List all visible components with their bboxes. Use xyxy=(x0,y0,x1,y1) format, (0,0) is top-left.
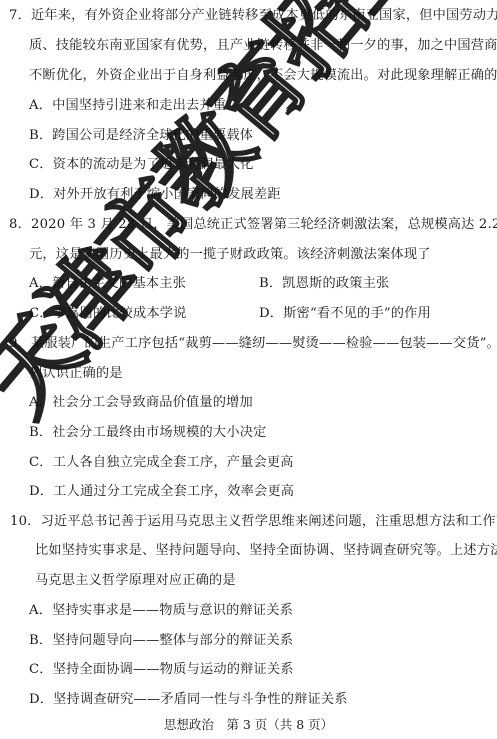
option-letter: A． xyxy=(29,276,52,292)
question-9-option-a: A．社会分工会导致商品价值量的增加 xyxy=(29,395,253,411)
option-letter: C． xyxy=(29,455,53,471)
option-letter: D． xyxy=(29,692,53,708)
question-10-option-b: B．坚持问题导向——整体与部分的辩证关系 xyxy=(29,633,293,649)
option-text: 坚持调查研究——矛盾同一性与斗争性的辩证关系 xyxy=(53,692,348,707)
option-letter: B． xyxy=(29,633,52,649)
question-7-option-c: C．资本的流动是为了追求利润最大化 xyxy=(29,157,254,173)
question-8-option-b: B．凯恩斯的政策主张 xyxy=(259,276,389,292)
option-text: 社会分工会导致商品价值量的增加 xyxy=(52,395,253,410)
question-number: 10． xyxy=(10,514,41,530)
option-letter: A． xyxy=(29,395,52,411)
question-8-option-c: C．李嘉图的比较成本学说 xyxy=(29,306,187,322)
question-7-option-a: A．中国坚持引进来和走出去并重 xyxy=(29,98,226,114)
question-7-option-b: B．跨国公司是经济全球化的重要载体 xyxy=(29,128,253,144)
page-footer: 思想政治 第 3 页（共 8 页） xyxy=(0,717,497,733)
question-8-option-a: A．新自由主义的基本主张 xyxy=(29,276,186,292)
option-letter: D． xyxy=(259,306,283,322)
exam-page: 7．近年来，有外资企业将部分产业链转移至成本更低的东南亚国家，但中国劳动力的素 … xyxy=(0,0,497,739)
question-10-option-a: A．坚持实事求是——物质与意识的辩证关系 xyxy=(29,603,293,619)
stem-text: 习近平总书记善于运用马克思主义哲学思维来阐述问题，注重思想方法和工作方法， xyxy=(41,514,497,529)
option-letter: D． xyxy=(29,187,53,203)
question-8-option-d: D．斯密“看不见的手”的作用 xyxy=(259,306,431,322)
option-letter: A． xyxy=(29,603,52,619)
option-text: 坚持全面协调——物质与运动的辩证关系 xyxy=(53,662,294,677)
stem-text: 2020 年 3 月 28 日，美国总统正式签署第三轮经济刺激法案，总规模高达 … xyxy=(31,217,497,232)
option-text: 社会分工最终由市场规模的大小决定 xyxy=(52,425,266,440)
question-9-option-c: C．工人各自独立完成全套工序，产量会更高 xyxy=(29,455,294,471)
question-9-stem-line-1: 9．某服装厂的生产工序包括“裁剪——缝纫——熨烫——检验——包装——交货”。下 xyxy=(9,336,497,352)
option-letter: C． xyxy=(29,157,53,173)
stem-text: 某服装厂的生产工序包括“裁剪——缝纫——熨烫——检验——包装——交货”。下 xyxy=(31,336,497,351)
watermark: 天津市教育招生考试院 xyxy=(0,0,497,429)
question-9-option-d: D．工人通过分工完成全套工序，效率会更高 xyxy=(29,484,294,500)
question-number: 7． xyxy=(9,8,31,24)
option-letter: C． xyxy=(29,662,53,678)
option-letter: B． xyxy=(259,276,282,292)
option-letter: A． xyxy=(29,98,52,114)
option-text: 凯恩斯的政策主张 xyxy=(282,276,389,291)
question-7-option-d: D．对外开放有利于缩小国家间的发展差距 xyxy=(29,187,281,203)
question-number: 9． xyxy=(9,336,31,352)
option-text: 坚持问题导向——整体与部分的辩证关系 xyxy=(52,633,293,648)
option-text: 资本的流动是为了追求利润最大化 xyxy=(53,157,254,172)
option-letter: C． xyxy=(29,306,53,322)
option-letter: D． xyxy=(29,484,53,500)
option-text: 工人各自独立完成全套工序，产量会更高 xyxy=(53,455,294,470)
question-10-stem-line-3: 马克思主义哲学原理对应正确的是 xyxy=(35,573,236,589)
question-7-stem-line-1: 7．近年来，有外资企业将部分产业链转移至成本更低的东南亚国家，但中国劳动力的素 xyxy=(9,8,497,24)
option-text: 对外开放有利于缩小国家间的发展差距 xyxy=(53,187,281,202)
question-8-stem-line-1: 8．2020 年 3 月 28 日，美国总统正式签署第三轮经济刺激法案，总规模高… xyxy=(9,217,497,233)
option-text: 新自由主义的基本主张 xyxy=(52,276,186,291)
option-letter: B． xyxy=(29,128,52,144)
question-8-stem-line-2: 元，这是美国历史上最大的一揽子财政政策。该经济刺激法案体现了 xyxy=(29,247,431,263)
stem-text: 近年来，有外资企业将部分产业链转移至成本更低的东南亚国家，但中国劳动力的素 xyxy=(31,8,497,23)
question-7-stem-line-3: 不断优化，外资企业出于自身利益考虑，不会大规模流出。对此现象理解正确的是 xyxy=(29,68,497,84)
option-text: 斯密“看不见的手”的作用 xyxy=(283,306,431,321)
option-text: 中国坚持引进来和走出去并重 xyxy=(52,98,226,113)
question-10-option-c: C．坚持全面协调——物质与运动的辩证关系 xyxy=(29,662,294,678)
option-text: 跨国公司是经济全球化的重要载体 xyxy=(52,128,253,143)
question-9-stem-line-2: 列认识正确的是 xyxy=(29,366,123,382)
question-10-stem-line-1: 10．习近平总书记善于运用马克思主义哲学思维来阐述问题，注重思想方法和工作方法， xyxy=(10,514,497,530)
question-number: 8． xyxy=(9,217,31,233)
option-text: 李嘉图的比较成本学说 xyxy=(53,306,187,321)
question-7-stem-line-2: 质、技能较东南亚国家有优势，且产业链转移并非一朝一夕的事，加之中国营商环境 xyxy=(29,38,497,54)
question-10-option-d: D．坚持调查研究——矛盾同一性与斗争性的辩证关系 xyxy=(29,692,348,708)
question-9-option-b: B．社会分工最终由市场规模的大小决定 xyxy=(29,425,266,441)
question-10-stem-line-2: 比如坚持实事求是、坚持问题导向、坚持全面协调、坚持调查研究等。上述方法与 xyxy=(35,543,497,559)
option-letter: B． xyxy=(29,425,52,441)
option-text: 坚持实事求是——物质与意识的辩证关系 xyxy=(52,603,293,618)
option-text: 工人通过分工完成全套工序，效率会更高 xyxy=(53,484,294,499)
